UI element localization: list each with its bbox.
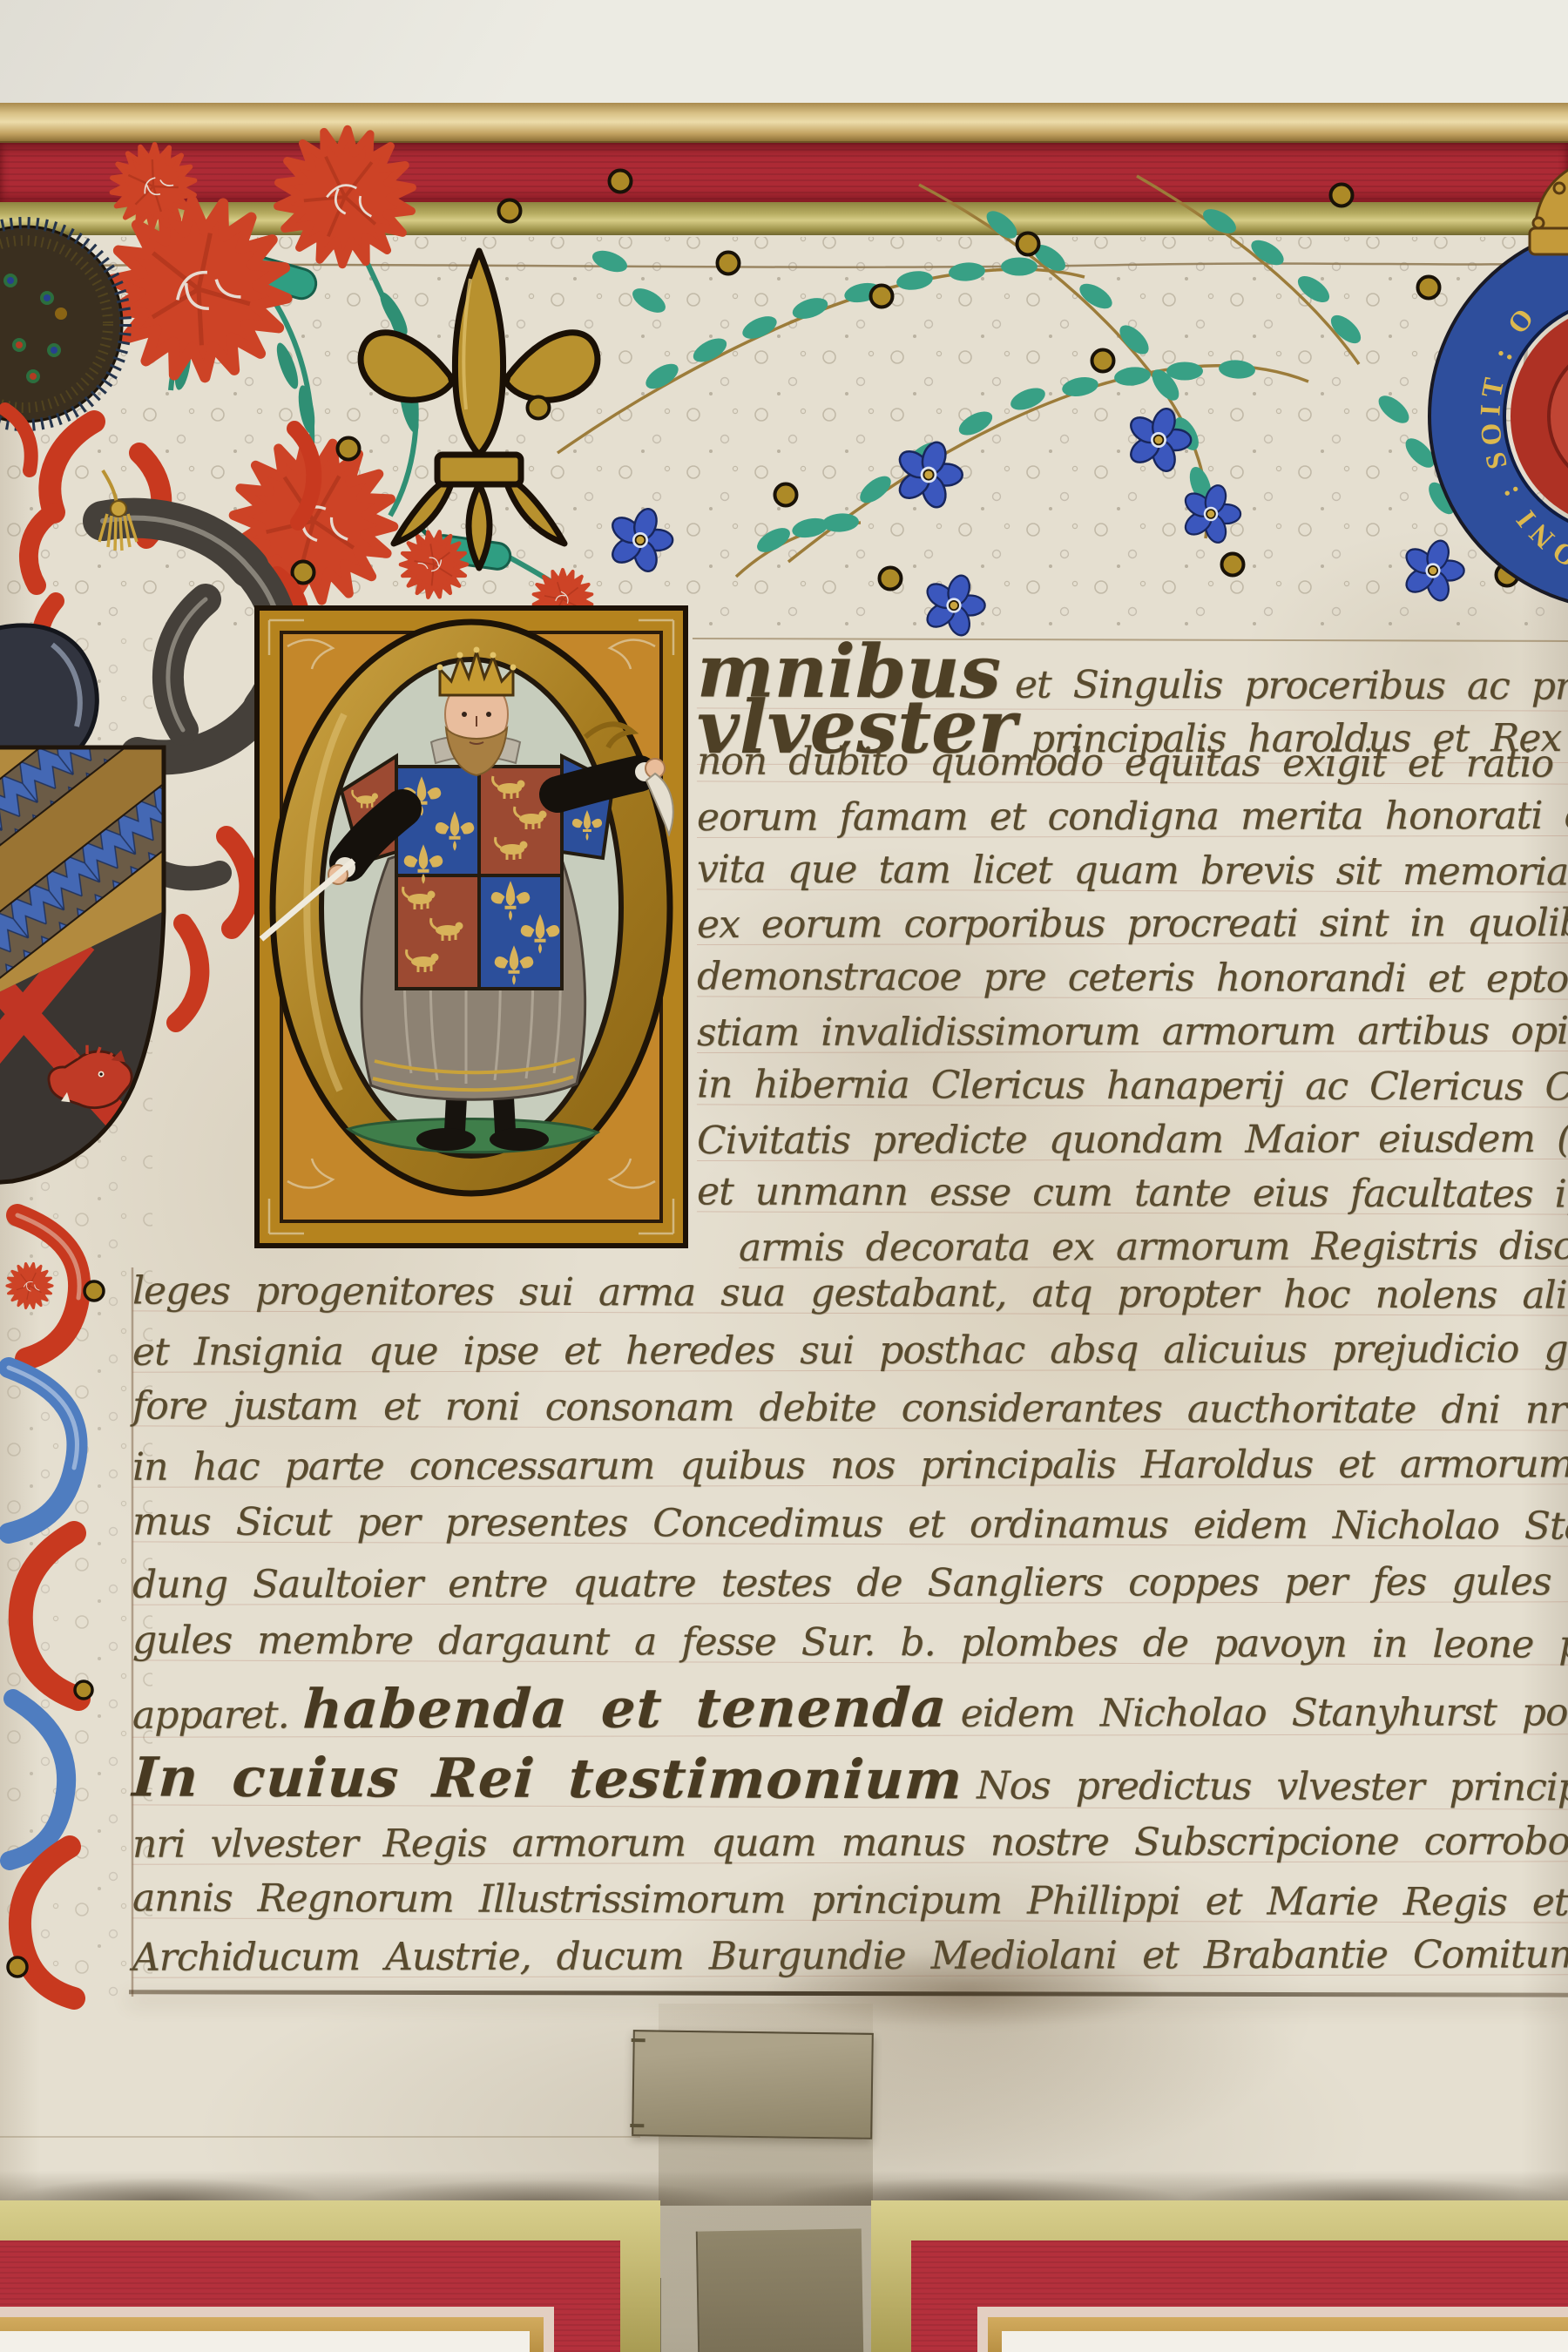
vellum-crease <box>0 2136 640 2138</box>
seal-tag-tail <box>696 2228 863 2352</box>
manuscript-line: eorum famam et condigna merita honorati … <box>697 797 1568 838</box>
manuscript-line: annis Regnorum Illustrissimorum principu… <box>132 1879 1568 1923</box>
manuscript-line: in hac parte concessarum quibus nos prin… <box>132 1445 1568 1487</box>
manuscript-line: fore justam et roni consonam debite cons… <box>132 1387 1568 1430</box>
manuscript-line: apparet. habenda et tenenda eidem Nichol… <box>132 1680 1568 1737</box>
right-sleeve <box>558 774 639 794</box>
manuscript-line: ex eorum corporibus procreati sint in qu… <box>697 904 1568 945</box>
manuscript-line: armis decorata ex armorum Registris disc… <box>739 1227 1568 1268</box>
bottom-right-seal-window <box>871 2200 1568 2352</box>
manuscript-line: non dubito quomodo equitas exigit et rat… <box>697 742 1568 784</box>
parchment-seal-tag <box>632 2030 874 2139</box>
manuscript-line: gules membre dargaunt a fesse Sur. b. pl… <box>132 1621 1568 1665</box>
bottom-left-seal-window <box>0 2200 660 2352</box>
manuscript-line: in hibernia Clericus hanaperij ac Cleric… <box>697 1065 1568 1107</box>
window-interior <box>1002 2331 1568 2352</box>
manuscript-line: demonstracoe pre ceteris honorandi et ep… <box>697 957 1568 999</box>
manuscript-line: stiam invalidissimorum armorum artibus o… <box>697 1012 1568 1053</box>
manuscript-line: et Insignia que ipse et heredes sui post… <box>132 1330 1568 1372</box>
manuscript-line: et unmann esse cum tante eius facultates… <box>697 1173 1568 1214</box>
manuscript-line: vita que tam licet quam brevis sit memor… <box>697 850 1568 892</box>
tag-slit <box>632 2038 645 2042</box>
framed-illuminated-grant-of-arms: HONI : SOIT : O <box>0 0 1568 2352</box>
display-phrase: In cuius Rei testimonium <box>131 1750 964 1807</box>
manuscript-line: nri vlvester Regis armorum quam manus no… <box>132 1822 1568 1864</box>
manuscript-line: leges progenitores sui arma sua gestaban… <box>132 1272 1568 1315</box>
manuscript-line: mus Sicut per presentes Concedimus et or… <box>132 1503 1568 1546</box>
crown-icon <box>1530 153 1568 254</box>
tag-slit <box>630 2124 644 2127</box>
manuscript-line: Civitatis predicte quondam Maior eiusdem… <box>697 1120 1568 1161</box>
manuscript-line: In cuius Rei testimonium Nos predictus v… <box>132 1750 1568 1809</box>
illuminated-initial-O <box>257 608 686 1246</box>
window-interior <box>0 2331 530 2352</box>
manuscript-line: dung Saultoier entre quatre testes de Sa… <box>132 1563 1568 1605</box>
display-phrase: habenda et tenenda <box>301 1681 948 1737</box>
